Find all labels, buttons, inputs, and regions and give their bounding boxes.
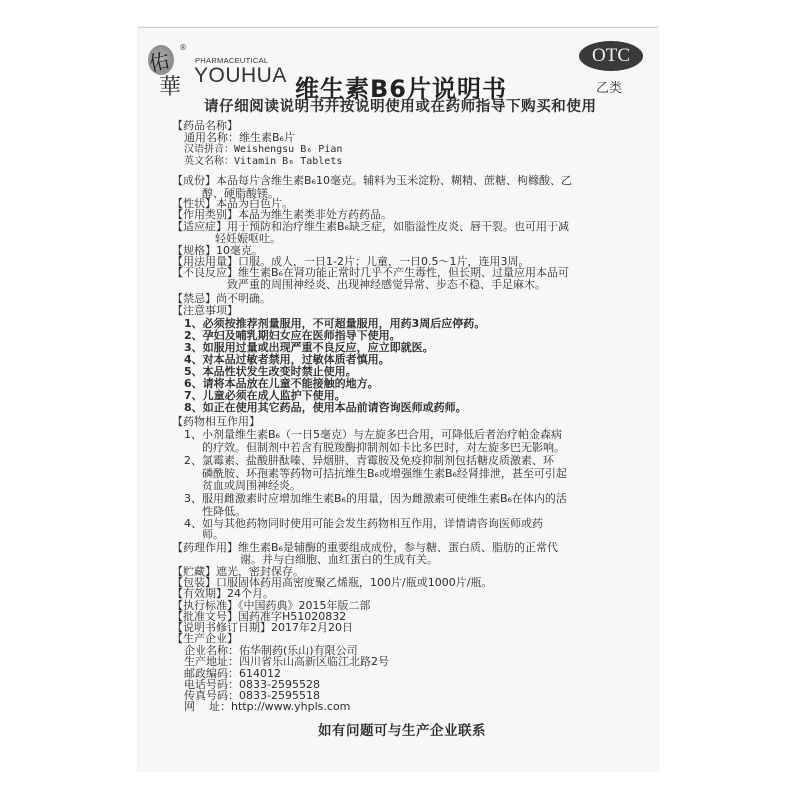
adverse-reactions-line-2: 致严重的周围神经炎、出现神经感觉异常、步态不稳、手足麻木。 — [227, 279, 546, 291]
interaction-line: 1、小剂量维生素B₆（一日5毫克）与左旋多巴合用，可降低后者治疗帕金森病 — [184, 429, 562, 441]
otc-class-label: 乙类 — [596, 77, 622, 96]
document-subtitle: 请仔细阅读说明书并按说明使用或在药师指导下购买和使用 — [204, 95, 597, 116]
interaction-line: 3、服用雌激素时应增加维生素B₆的用量，因为雌激素可使维生素B₆在体内的活 — [184, 493, 567, 505]
interaction-line: 贫血或周围神经炎。 — [202, 480, 301, 492]
precaution-item: 8、如正在使用其它药品，使用本品前请咨询医师或药师。 — [184, 402, 467, 414]
section-heading-precautions: 【注意事项】 — [172, 305, 238, 317]
pinyin-name: 汉语拼音：Weishengsu B₆ Pian — [184, 144, 342, 156]
ingredients-line-1: 【成份】本品每片含维生素B₆10毫克。辅料为玉米淀粉、糊精、蔗糖、枸橼酸、乙 — [172, 175, 572, 187]
manufacturer-website: 网 址：http://www.yhpls.com — [184, 701, 350, 713]
section-heading-interactions: 【药物相互作用】 — [172, 416, 260, 428]
otc-badge: OTC — [579, 41, 643, 71]
logo-char-2: 華 — [159, 70, 181, 101]
interaction-line: 4、如与其他药物同时使用可能会发生药物相互作用，详情请咨询医师或药 — [184, 518, 543, 530]
registered-mark: ® — [179, 43, 187, 52]
interaction-line: 2、氯霉素、盐酸肼酞嗪、异烟肼、青霉胺及免疫抑制剂包括糖皮质激素、环 — [184, 455, 554, 467]
interaction-line: 的疗效。但制剂中若含有脱羧酶抑制剂如卡比多巴时，对左旋多巴无影响。 — [202, 442, 565, 454]
brand-name: YOUHUA — [194, 64, 287, 88]
package-insert-sheet: 佑 華 ® PHARMACEUTICAL YOUHUA 维生素B6片说明书 OT… — [138, 27, 658, 771]
generic-name: 通用名称：维生素B₆片 — [184, 132, 295, 144]
footer-contact-note: 如有问题可与生产企业联系 — [318, 719, 486, 739]
english-name: 英文名称：Vitamin B₆ Tablets — [184, 156, 342, 168]
interaction-line: 师。 — [202, 529, 224, 541]
